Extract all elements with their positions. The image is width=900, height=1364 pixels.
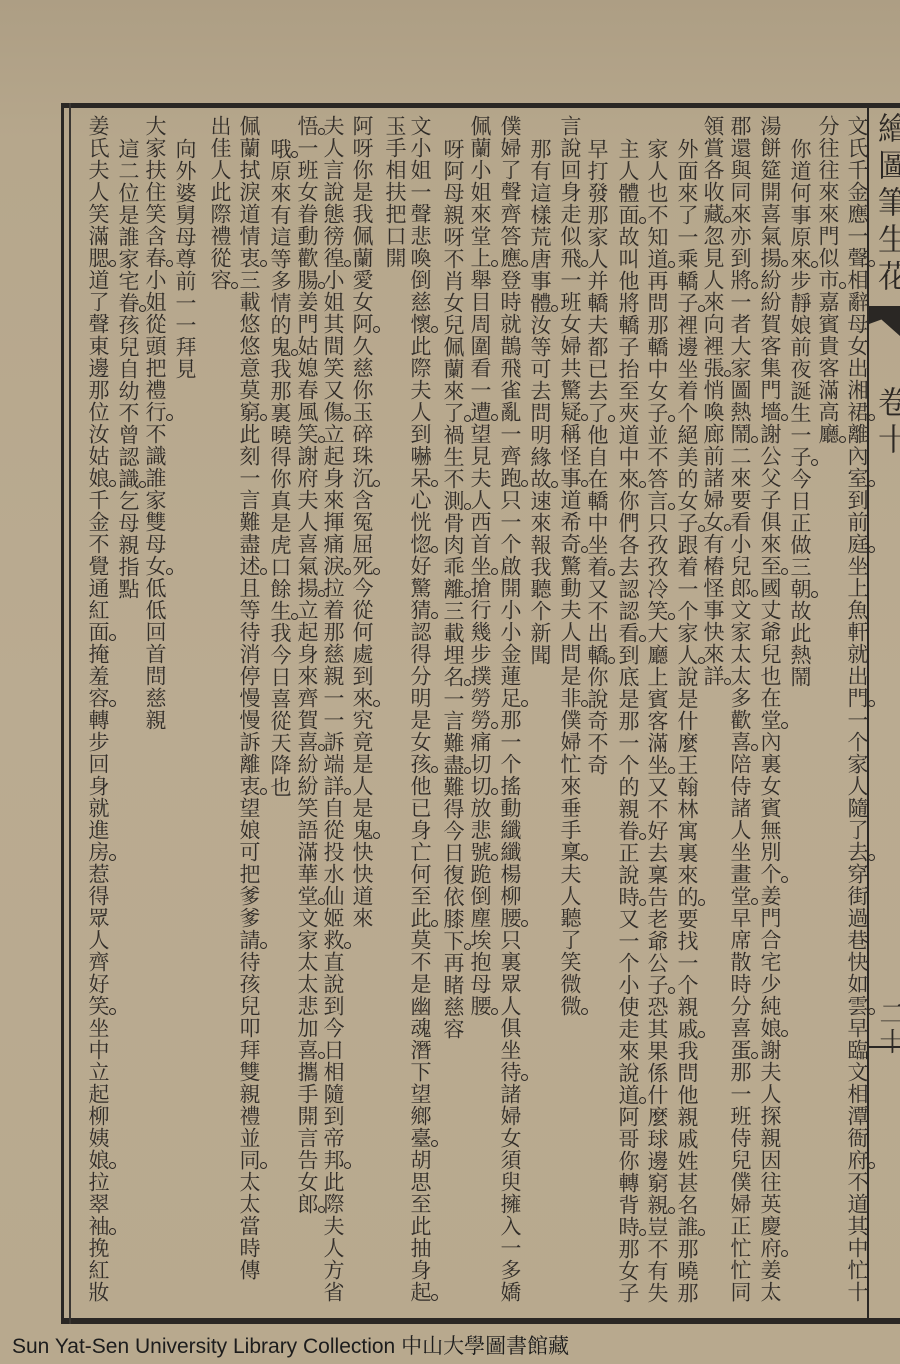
text-column: 文氏千金應一聲相辭母女出湘裙離內室到前庭坐上魚軒就出門一个家人隨了去穿街過巷快如… (846, 115, 868, 1320)
text-column: 早打發那家人并轎夫都已去了他自在轎中坐着又不出轎你說奇不奇 (586, 138, 608, 1343)
text-column: 出佳人此際禮從容 (209, 115, 231, 1320)
text-column: 僕婦了聲齊答應登時就鵲飛雀亂一齊跑只一个啟開小小金蓮足那一个搖動纖纖楊柳腰只裏眾… (499, 115, 521, 1320)
text-column: 佩蘭拭淚道情衷三載悠悠意莫窮此刻一言難盡述且等待消停慢慢訴離衷望娘可把爹爹請待孩… (238, 115, 260, 1320)
text-column: 領賞各收藏忽見人來向裡張悄喚廊前諸婦女有樁怪事快來詳 (702, 115, 724, 1320)
text-column: 阿呀你是我佩蘭愛女阿久慈你玉碎珠沉含冤屈死今從何處到來究竟是人是鬼快快道來 (351, 115, 373, 1320)
text-column: 言說回身走似飛一班女婦共驚疑稱怪事道希奇驚動夫人問是非僕婦忙來垂手稟夫人聽了笑微… (559, 115, 581, 1320)
text-column: 玉手相扶把口開 (384, 115, 406, 1320)
book-title: 繪圖筆生花 (873, 112, 900, 297)
text-column: 哦原來有這等多情的鬼我那裏曉得你真是虎口餘生我今日喜從天降也 (269, 138, 291, 1343)
text-column: 你道何事原來步靜娘前夜誕生一子今日正做三朝故此熱鬧 (789, 138, 811, 1343)
text-column: 家人也不知道再問那轎中女子並不答言只孜孜冷笑大廳上賓客滿坐又不好去稟告老爺公子恐… (646, 138, 668, 1343)
text-column: 外面來了一乘轎子裡邊坐着个絕美的女子跟着一个家人說是什麼王翰林寓裏來的要找一个親… (676, 138, 698, 1343)
frame-top-border (62, 103, 900, 108)
text-column: 湯餅筵開喜氣揚紛紛賀客集門墻謝公父子俱來至國丈爺兒也在堂內裏女賓無別个姜門合宅少… (759, 115, 781, 1320)
text-column: 呀阿母親呀不肖女兒佩蘭來了禍生不測骨肉乖離三載埋名一言難盡難得今日復依膝下再睹慈… (442, 138, 464, 1343)
text-column: 姜氏夫人笑滿腮道了聲東邊那位汝姑娘千金不覺通紅面掩羞容轉步回身就進房惹得眾人齊好… (87, 115, 109, 1320)
volume-label: 卷十 (873, 386, 900, 460)
text-column: 郡還與同來亦到將一者大家圖熱鬧二來要看小兒郎文家太太多歡喜陪侍諸人坐畫堂早席散時… (729, 115, 751, 1320)
text-column: 夫人言說態徬徨小姐其間笑又傷立起身來揮痛淚拉着那慈親一一訴端詳自從投水仙姬救直說… (322, 115, 344, 1320)
text-column: 文小姐一聲悲喚倒慈懷此際夫人到嚇呆心恍惚好驚猜認得分明是女孩他已身亡何至此莫不是… (409, 115, 431, 1320)
fishtail-ornament-icon (869, 306, 900, 336)
text-column: 那有這樣荒唐事體汝等可去問明緣故速來報我聽个新聞 (529, 138, 551, 1343)
text-column: 大家扶住笑含春小姐從頭把禮行不識誰家雙母女低低回首問慈親 (144, 115, 166, 1320)
text-column: 向外婆舅母尊前一一拜見 (174, 138, 196, 1343)
text-column: 分往往來來門似市嘉賓貴客滿高廳 (817, 115, 839, 1320)
text-column: 悟一班女眷動歡腸姜門姑媳春風笑謝府夫人喜氣揚立起身來齊賀喜紛紛笑語滿華堂文家太太… (296, 115, 318, 1320)
margin-rule-line (869, 1046, 900, 1048)
frame-left-outer-border (61, 103, 64, 1324)
text-column: 這二位是誰家宅眷孩兒自幼不曾認識乞母親指點 (117, 138, 139, 1343)
frame-left-inner-border (69, 103, 71, 1324)
text-column: 佩蘭小姐來堂上舉目周圍看一遭望見夫人西首坐搶行幾步撲勞勞痛切切放悲號跪倒塵埃抱母… (469, 115, 491, 1320)
text-column: 主人體面故叫他將轎子抬至夾道中來你們各去認認看到底是那一个的親眷正說時又一个小使… (617, 138, 639, 1343)
collection-caption: Sun Yat-Sen University Library Collectio… (12, 1334, 569, 1360)
